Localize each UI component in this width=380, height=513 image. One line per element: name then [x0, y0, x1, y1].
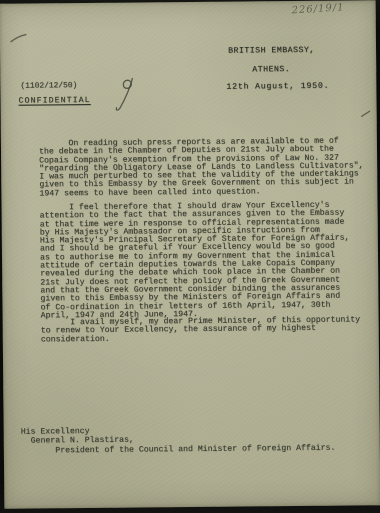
- embassy-name: BRITISH EMBASSY,: [228, 47, 315, 56]
- handwritten-initial-mark: [112, 76, 140, 114]
- letter-date: 12th August, 1950.: [226, 83, 329, 92]
- paragraph-3: I avail myself, my dear Prime Minister, …: [41, 316, 361, 344]
- handwritten-file-reference: 226/19/1: [291, 2, 345, 16]
- document-page: 226/19/1 BRITISH EMBASSY, ATHENS. (1102/…: [0, 0, 380, 509]
- embassy-city: ATHENS.: [252, 66, 290, 75]
- pencil-dash-mark: [10, 33, 28, 44]
- pencil-tick-mark: [361, 110, 372, 118]
- reference-number: (1102/12/50): [20, 82, 77, 91]
- paragraph-2: I feel therefore that I should draw Your…: [40, 201, 351, 320]
- addressee-block: His Excellency General N. Plastiras, Pre…: [21, 425, 336, 456]
- classification-stamp: CONFIDENTIAL: [18, 97, 90, 106]
- paragraph-1: On reading such press reports as are ava…: [39, 137, 364, 198]
- scan-background: 226/19/1 BRITISH EMBASSY, ATHENS. (1102/…: [0, 0, 380, 513]
